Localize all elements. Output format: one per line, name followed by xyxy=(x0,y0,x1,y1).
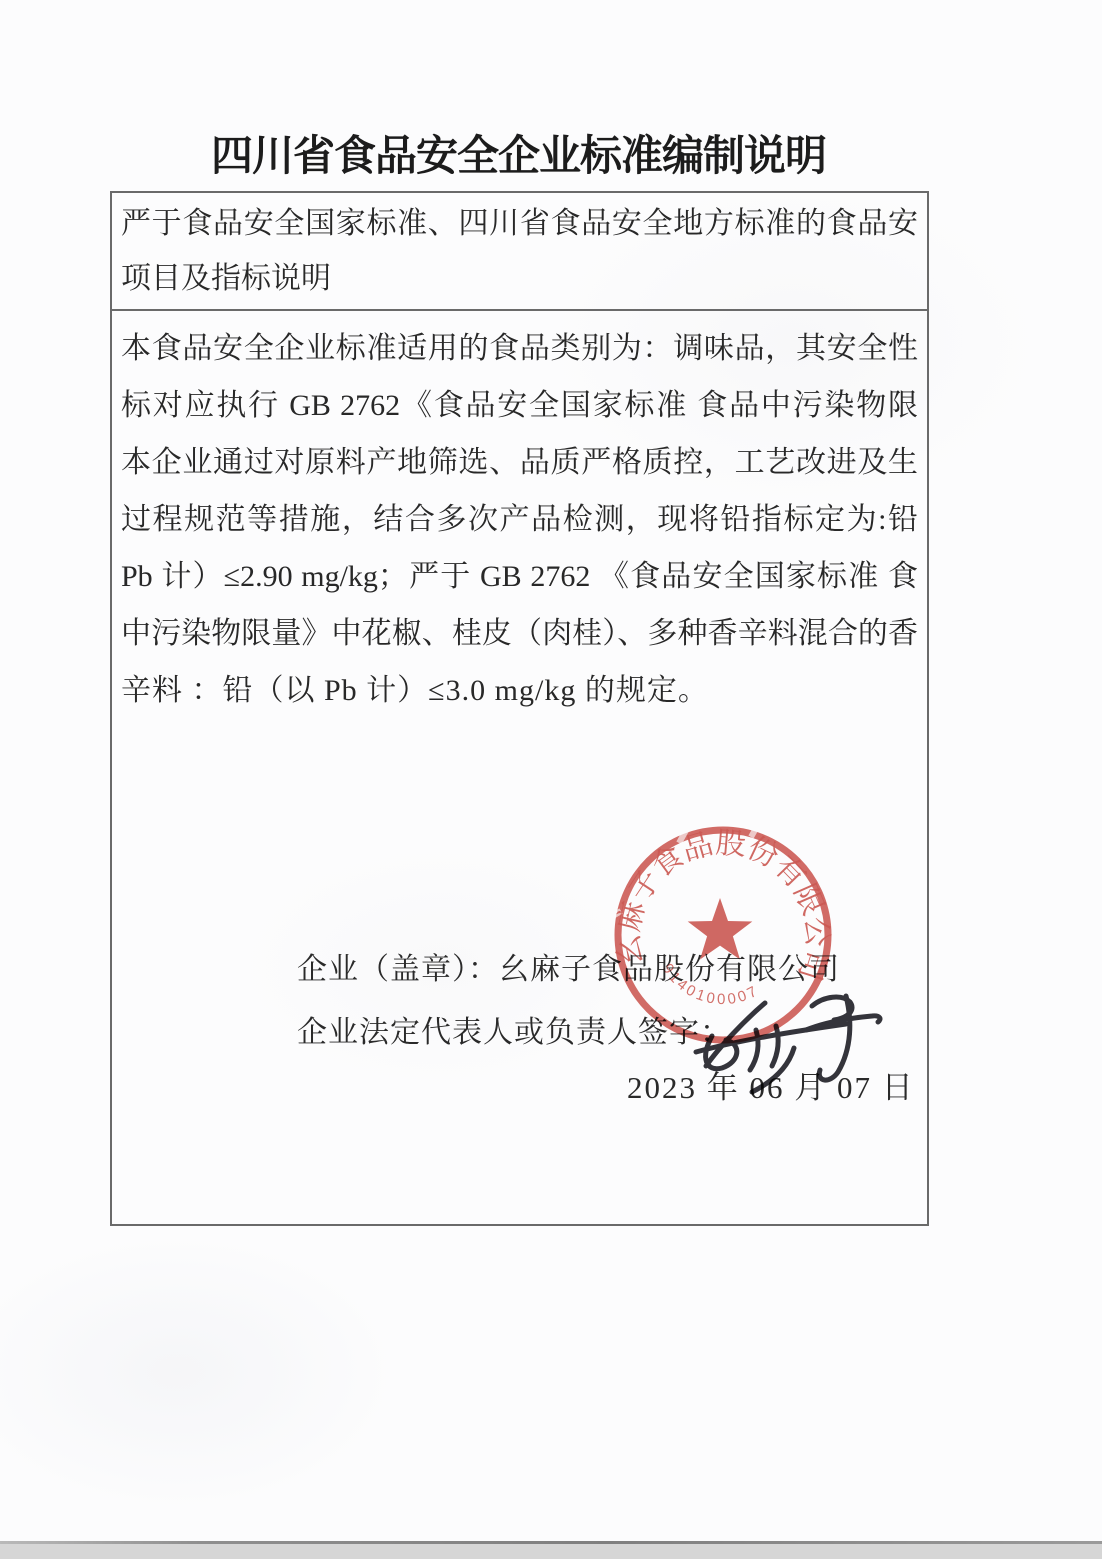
body-line: 中污染物限量》中花椒、桂皮（肉桂）、多种香辛料混合的香 xyxy=(121,605,918,662)
body-line: 辛料 ：铅（以 Pb 计）≤3.0 mg/kg 的规定。 xyxy=(121,662,918,719)
body-line: 标对应执行 GB 2762《食品安全国家标准 食品中污染物限量》， xyxy=(121,377,918,434)
document-title: 四川省食品安全企业标准编制说明 xyxy=(211,130,826,182)
header-line: 严于食品安全国家标准、四川省食品安全地方标准的食品安全 xyxy=(121,196,918,251)
handwritten-signature xyxy=(688,990,888,1105)
body-line: 过程规范等措施，结合多次产品检测，现将铅指标定为:铅（以 xyxy=(121,491,918,548)
header-line: 项目及指标说明 xyxy=(121,251,918,306)
body-line: Pb 计）≤2.90 mg/kg；严于 GB 2762 《食品安全国家标准 食品 xyxy=(121,548,918,605)
body-line: 本食品安全企业标准适用的食品类别为：调味品，其安全性指 xyxy=(121,320,918,377)
scan-edge-strip xyxy=(0,1544,1102,1559)
seal-label: 企业（盖章）： xyxy=(297,953,499,986)
stamp-star-icon xyxy=(688,898,753,960)
body-line: 本企业通过对原料产地筛选、品质严格质控，工艺改进及生产 xyxy=(121,434,918,491)
scanned-document-page: 四川省食品安全企业标准编制说明 严于食品安全国家标准、四川省食品安全地方标准的食… xyxy=(0,0,1102,1559)
svg-text:幺麻子食品股份有限公司: 幺麻子食品股份有限公司 xyxy=(612,826,834,984)
stamp-company-name: 幺麻子食品股份有限公司 xyxy=(612,826,834,984)
table-header-cell: 严于食品安全国家标准、四川省食品安全地方标准的食品安全 项目及指标说明 xyxy=(112,193,927,311)
